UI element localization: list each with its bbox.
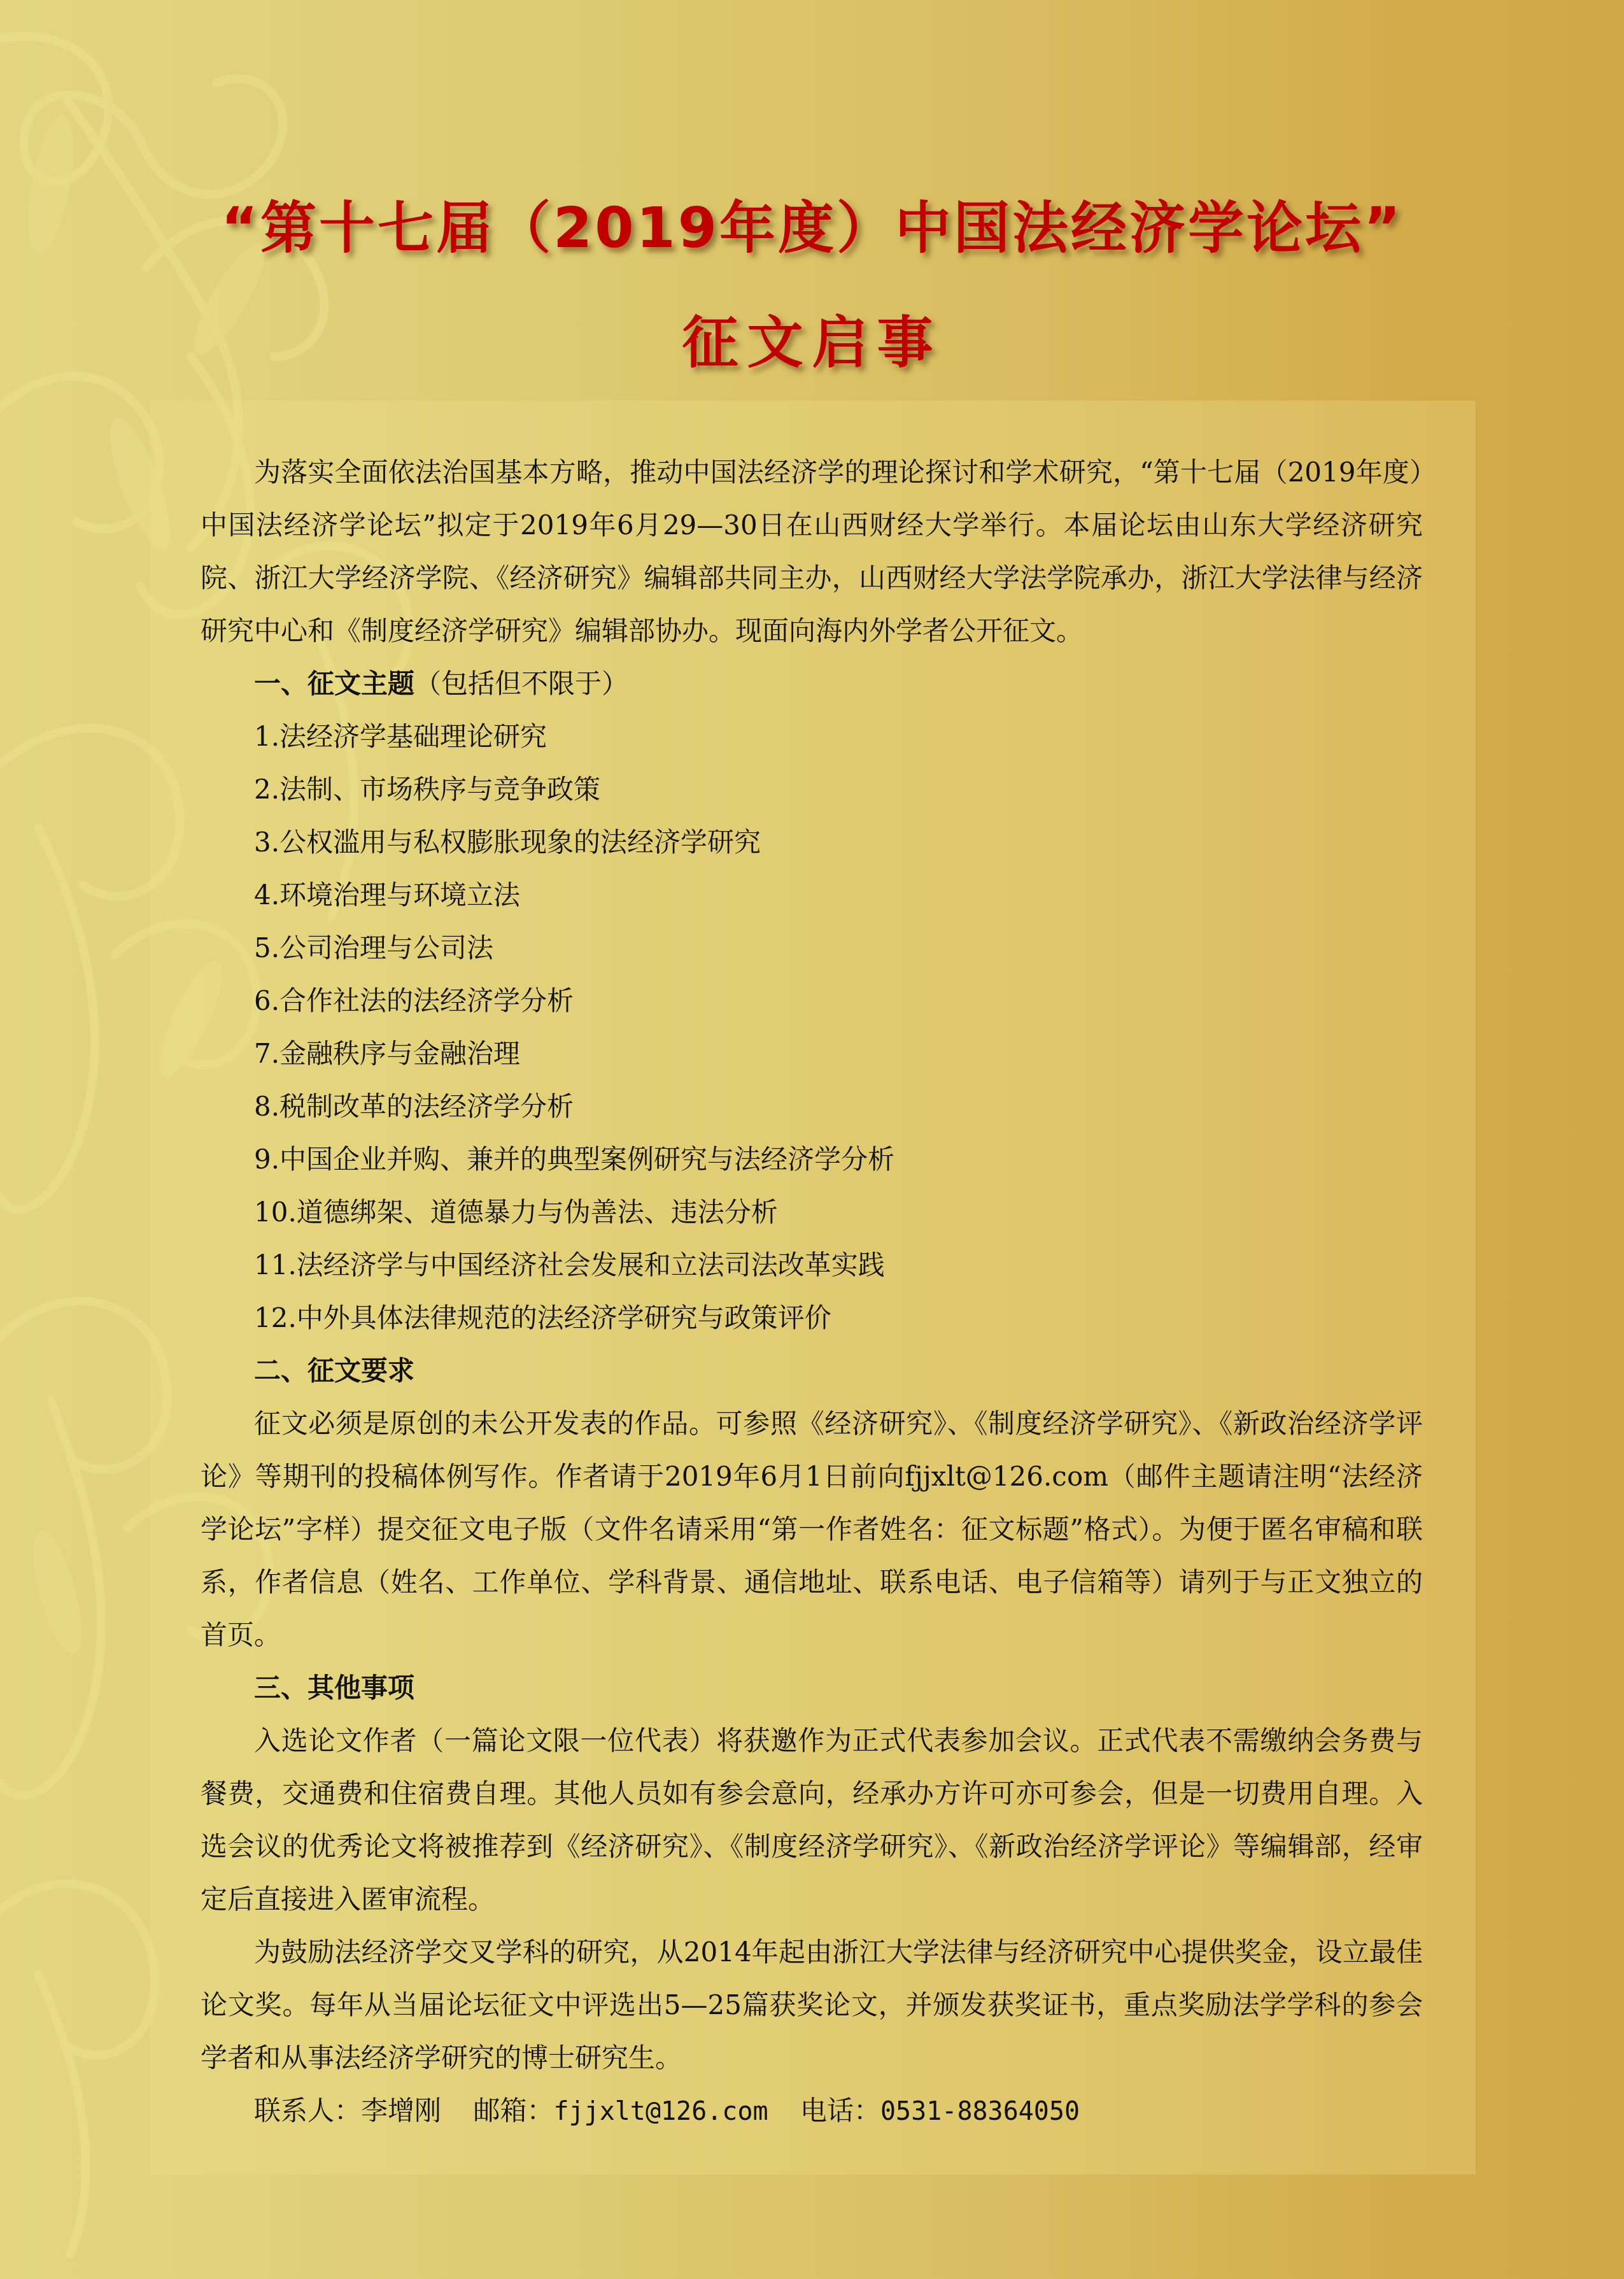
contact-email-label: 邮箱：	[473, 2095, 553, 2126]
topic-item: 7.金融秩序与金融治理	[201, 1027, 1423, 1080]
section2-heading-title: 二、征文要求	[254, 1355, 414, 1386]
section1-heading: 一、征文主题（包括但不限于）	[201, 657, 1423, 710]
page-subtitle: 征文启事	[0, 298, 1624, 378]
section3-heading-title: 三、其他事项	[254, 1672, 414, 1703]
contact-line: 联系人：李增刚邮箱：fjjxlt@126.com电话：0531-88364050	[201, 2084, 1423, 2138]
section2-heading: 二、征文要求	[201, 1344, 1423, 1397]
contact-phone-label: 电话：	[800, 2095, 880, 2126]
topic-item: 4.环境治理与环境立法	[201, 869, 1423, 921]
contact-person: 李增刚	[361, 2095, 441, 2126]
section3-heading: 三、其他事项	[201, 1661, 1423, 1714]
topic-item: 9.中国企业并购、兼并的典型案例研究与法经济学分析	[201, 1133, 1423, 1186]
contact-phone: 0531-88364050	[880, 2097, 1080, 2126]
contact-email-link[interactable]: fjjxlt@126.com	[553, 2097, 768, 2126]
contact-person-label: 联系人：	[254, 2095, 361, 2126]
topic-item: 6.合作社法的法经济学分析	[201, 974, 1423, 1027]
topic-item: 1.法经济学基础理论研究	[201, 710, 1423, 763]
award-paragraph: 为鼓励法经济学交叉学科的研究，从2014年起由浙江大学法律与经济研究中心提供奖金…	[201, 1926, 1423, 2084]
section1-heading-title: 一、征文主题	[254, 668, 414, 699]
topic-item: 10.道德绑架、道德暴力与伪善法、违法分析	[201, 1186, 1423, 1239]
topic-item: 12.中外具体法律规范的法经济学研究与政策评价	[201, 1291, 1423, 1344]
topic-item: 2.法制、市场秩序与竞争政策	[201, 763, 1423, 816]
intro-paragraph: 为落实全面依法治国基本方略，推动中国法经济学的理论探讨和学术研究，“第十七届（2…	[201, 446, 1423, 657]
topic-item: 5.公司治理与公司法	[201, 921, 1423, 974]
topic-item: 11.法经济学与中国经济社会发展和立法司法改革实践	[201, 1239, 1423, 1291]
section1-heading-note: （包括但不限于）	[414, 668, 628, 699]
other-matters-paragraph: 入选论文作者（一篇论文限一位代表）将获邀作为正式代表参加会议。正式代表不需缴纳会…	[201, 1714, 1423, 1926]
topic-item: 8.税制改革的法经济学分析	[201, 1080, 1423, 1133]
notice-body: 为落实全面依法治国基本方略，推动中国法经济学的理论探讨和学术研究，“第十七届（2…	[201, 446, 1423, 2138]
page-title: “第十七届（2019年度）中国法经济学论坛”	[0, 183, 1624, 264]
topic-item: 3.公权滥用与私权膨胀现象的法经济学研究	[201, 816, 1423, 869]
requirements-paragraph: 征文必须是原创的未公开发表的作品。可参照《经济研究》、《制度经济学研究》、《新政…	[201, 1397, 1423, 1661]
